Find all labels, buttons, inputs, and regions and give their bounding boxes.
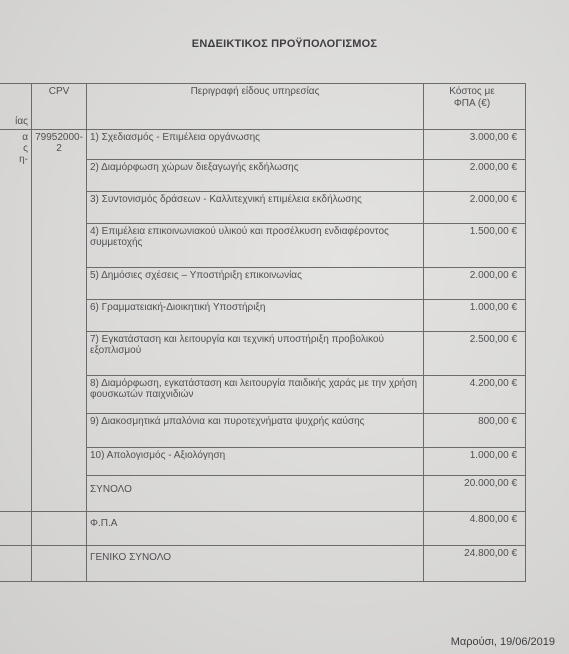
empty-cell [0,512,32,546]
row-cost: 2.000,00 € [424,192,526,224]
vat-label: Φ.Π.Α [87,512,424,546]
row-cost: 2.000,00 € [424,268,526,300]
row-cost: 1.000,00 € [424,300,526,332]
place-date: Μαρούσι, 19/06/2019 [451,636,555,648]
row-description: 6) Γραμματειακή-Διοικητική Υποστήριξη [87,300,424,332]
row-cost: 800,00 € [424,414,526,448]
grand-total-value: 24.800,00 € [424,546,526,582]
row-cost: 1.000,00 € [424,448,526,476]
subtotal-label: ΣΥΝΟΛΟ [87,476,424,512]
row-description: 10) Απολογισμός - Αξιολόγηση [87,448,424,476]
grand-total-label: ΓΕΝΙΚΟ ΣΥΝΟΛΟ [87,546,424,582]
header-cpv: CPV [32,84,87,130]
table-row: α ς η- 79952000- 2 1) Σχεδιασμός - Επιμέ… [0,130,526,160]
row-cost: 4.200,00 € [424,376,526,414]
col-a-line: α [0,132,28,143]
header-cost: Κόστος με ΦΠΑ (€) [424,84,526,130]
vat-row: Φ.Π.Α 4.800,00 € [0,512,526,546]
document-title: ΕΝΔΕΙΚΤΙΚΟΣ ΠΡΟΫΠΟΛΟΓΙΣΜΟΣ [0,38,569,50]
table-header-row: ίας CPV Περιγραφή είδους υπηρεσίας Κόστο… [0,84,526,130]
subtotal-value: 20.000,00 € [424,476,526,512]
col-a-partial-cell: α ς η- [0,130,32,512]
budget-table: ίας CPV Περιγραφή είδους υπηρεσίας Κόστο… [0,83,526,582]
row-description: 9) Διακοσμητικά μπαλόνια και πυροτεχνήμα… [87,414,424,448]
row-cost: 3.000,00 € [424,130,526,160]
row-cost: 2.000,00 € [424,160,526,192]
empty-cell [32,512,87,546]
row-description: 1) Σχεδιασμός - Επιμέλεια οργάνωσης [87,130,424,160]
cpv-code-line2: 2 [35,143,83,154]
col-a-line: ς [0,143,28,154]
row-description: 7) Εγκατάσταση και λειτουργία και τεχνικ… [87,332,424,376]
empty-cell [0,546,32,582]
vat-value: 4.800,00 € [424,512,526,546]
row-description: 5) Δημόσιες σχέσεις – Υποστήριξη επικοιν… [87,268,424,300]
row-description: 8) Διαμόρφωση, εγκατάσταση και λειτουργί… [87,376,424,414]
grand-total-row: ΓΕΝΙΚΟ ΣΥΝΟΛΟ 24.800,00 € [0,546,526,582]
empty-cell [32,546,87,582]
header-cost-line2: ΦΠΑ (€) [427,98,517,110]
row-cost: 1.500,00 € [424,224,526,268]
cpv-code-line1: 79952000- [35,132,83,143]
cpv-code-cell: 79952000- 2 [32,130,87,512]
col-a-line: η- [0,154,28,165]
header-col-a: ίας [0,84,32,130]
header-description: Περιγραφή είδους υπηρεσίας [87,84,424,130]
row-cost: 2.500,00 € [424,332,526,376]
header-cost-line1: Κόστος με [427,86,517,98]
row-description: 4) Επιμέλεια επικοινωνιακού υλικού και π… [87,224,424,268]
row-description: 2) Διαμόρφωση χώρων διεξαγωγής εκδήλωσης [87,160,424,192]
row-description: 3) Συντονισμός δράσεων - Καλλιτεχνική επ… [87,192,424,224]
